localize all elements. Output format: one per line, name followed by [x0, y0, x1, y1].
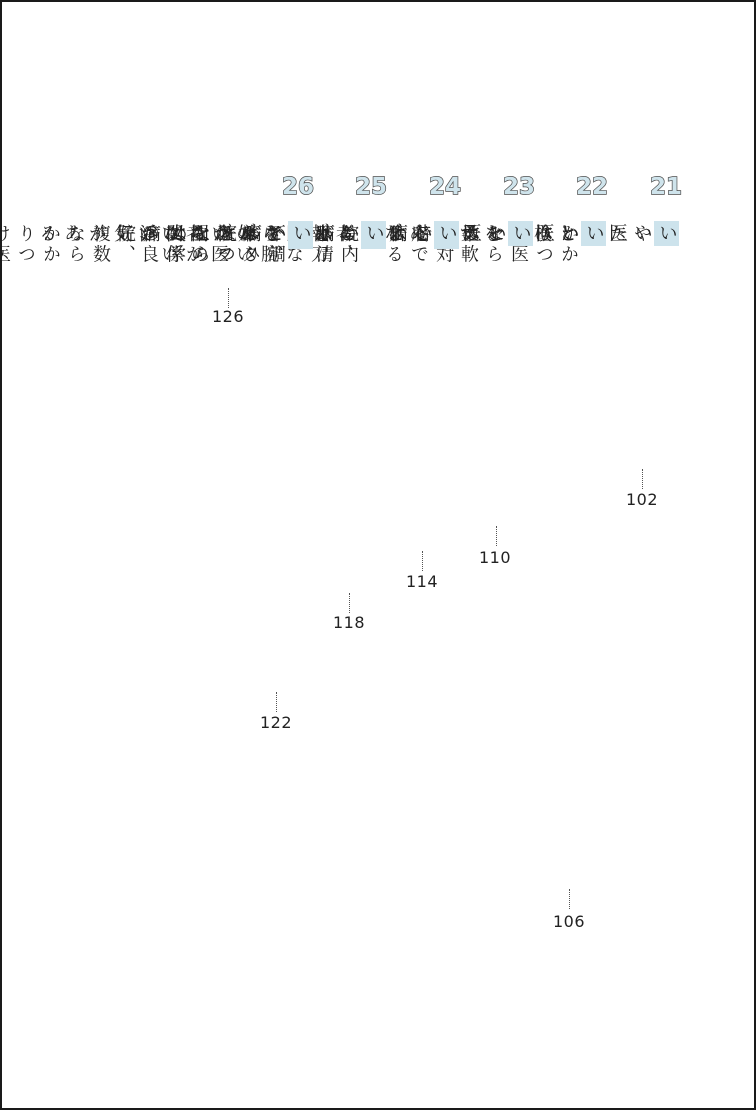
entry-title[interactable]: セカンドオピニオンを嫌がらない	[483, 224, 508, 245]
dotted-leader	[349, 593, 350, 613]
chapter-number: 22	[570, 174, 614, 200]
page-number[interactable]: 126	[206, 307, 250, 326]
summary-title[interactable]: まとめ	[215, 224, 240, 245]
entry-title[interactable]: 待合室の患者さんたちに活気がある	[409, 224, 434, 245]
toc-page: 21 いい医者とは⑬ やたらと検査をすすめない 102 22 いい医者とは⑭ か…	[0, 0, 756, 1110]
page-number[interactable]: 122	[254, 713, 298, 732]
chapter-number: 24	[423, 174, 467, 200]
entry-title[interactable]: 院内が清潔で、スタッフ間の関係が良好	[336, 224, 361, 265]
dotted-leader	[496, 526, 497, 546]
section-label: いい病院とは②	[361, 221, 386, 249]
chapter-number: 25	[349, 174, 393, 200]
page-number[interactable]: 114	[400, 572, 444, 591]
dotted-leader	[422, 551, 423, 571]
section-label: いい医者とは⑬	[654, 221, 679, 246]
section-label: いい病院とは①	[434, 221, 459, 249]
section-label: いい病院とは③	[288, 221, 313, 249]
page-number[interactable]: 102	[620, 490, 664, 509]
section-label: いい医者とは⑮	[508, 221, 533, 246]
dotted-leader	[569, 889, 570, 909]
entry-title[interactable]: 不調がひとつなら大学病院、複数ならかかりつけ医	[263, 224, 288, 265]
dotted-leader	[642, 469, 643, 489]
page-number[interactable]: 106	[547, 912, 591, 931]
dotted-leader	[228, 288, 229, 308]
section-label: いい医者とは⑭	[581, 221, 606, 246]
chapter-number: 23	[497, 174, 541, 200]
chapter-number: 21	[644, 174, 688, 200]
chapter-number: 26	[276, 174, 320, 200]
entry-title[interactable]: やたらと検査をすすめない	[629, 224, 654, 245]
dotted-leader	[276, 692, 277, 712]
page-number[interactable]: 118	[327, 613, 371, 632]
page-number[interactable]: 110	[473, 548, 517, 567]
entry-title[interactable]: かかりつけ医なら柔軟に対応できる医者、執刀医なら腕のいい医者がいい	[556, 224, 581, 265]
